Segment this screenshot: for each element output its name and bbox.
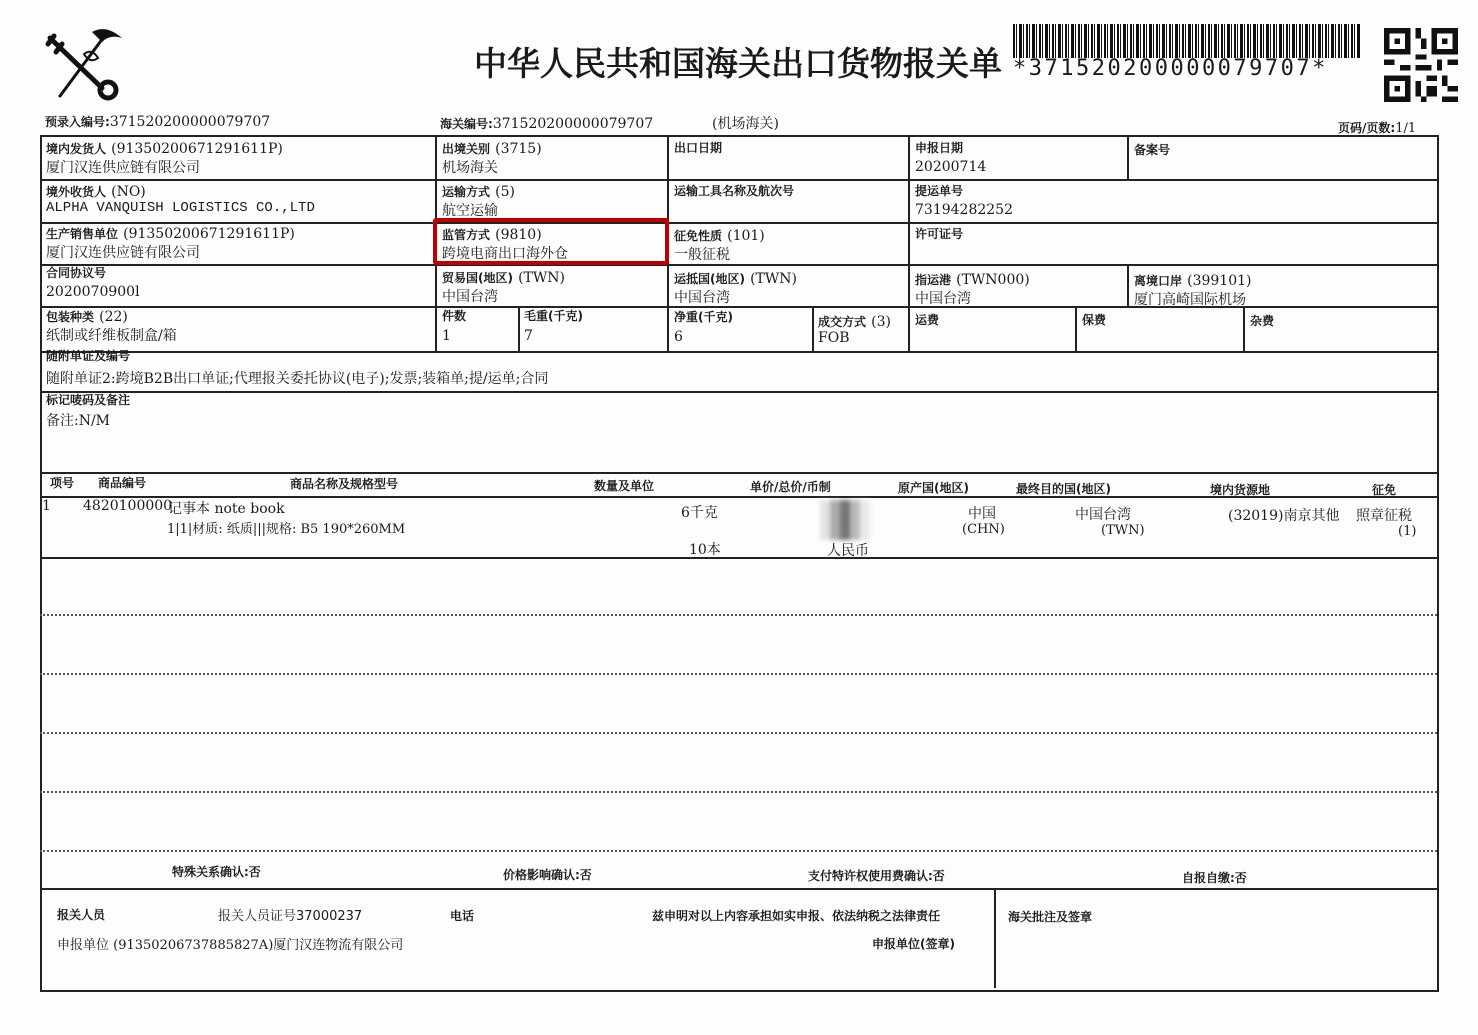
declarant-cert: 报关人员证号37000237 (218, 905, 362, 924)
field-export-date: 出口日期 (674, 139, 722, 156)
field-attached-docs: 随附单证及编号 随附单证2:跨境B2B出口单证;代理报关委托协议(电子);发票;… (46, 347, 548, 388)
customs-emblem-icon (44, 24, 126, 102)
field-insurance: 保费 (1082, 311, 1106, 328)
field-trade-country: 贸易国(地区) (TWN) 中国台湾 (442, 267, 565, 306)
field-freight: 运费 (915, 311, 939, 328)
self-pay-confirm: 自报自缴:否 (1182, 867, 1247, 886)
special-relation-confirm: 特殊关系确认:否 (172, 861, 261, 880)
phone-label: 电话 (450, 907, 474, 924)
field-misc-fee: 杂费 (1250, 312, 1274, 329)
declaring-unit-seal: 申报单位(签章) (872, 935, 955, 952)
field-dest-country: 运抵国(地区) (TWN) 中国台湾 (674, 268, 797, 307)
qr-code-icon (1384, 28, 1458, 102)
page-number: 页码/页数:1/1 (1338, 117, 1416, 136)
barcode-text: *371520200000079707* (1013, 56, 1328, 81)
field-consignee: 境外收货人 (NO) ALPHA VANQUISH LOGISTICS CO.,… (46, 181, 315, 216)
barcode (1013, 24, 1361, 58)
field-record-no: 备案号 (1134, 141, 1170, 158)
field-transport-mode: 运输方式 (5) 航空运输 (442, 181, 515, 220)
field-vessel: 运输工具名称及航次号 (674, 182, 794, 199)
royalty-confirm: 支付特许权使用费确认:否 (808, 865, 945, 884)
customs-seal: 海关批注及签章 (1008, 908, 1092, 925)
field-pieces: 件数 1 (442, 307, 466, 344)
declarant-label: 报关人员 (57, 906, 105, 923)
field-marks: 标记唛码及备注 备注:N/M (46, 391, 130, 430)
field-exit-port: 离境口岸 (399101) 厦门高崎国际机场 (1134, 270, 1251, 309)
field-dest-port: 指运港 (TWN000) 中国台湾 (915, 269, 1030, 308)
field-gross-weight: 毛重(千克) 7 (524, 307, 583, 344)
pre-entry-number: 预录入编号:371520200000079707 (45, 111, 270, 130)
field-shipper: 境内发货人 (91350200671291611P) 厦门汉连供应链有限公司 (46, 138, 283, 177)
field-license: 许可证号 (915, 225, 963, 242)
customs-number: 海关编号:371520200000079707 (440, 113, 653, 132)
field-deal-mode: 成交方式 (3) FOB (818, 311, 891, 346)
field-tax-nature: 征免性质 (101) 一般征税 (674, 225, 765, 264)
declaring-unit: 申报单位 (91350206737885827A)厦门汉连物流有限公司 (57, 934, 403, 953)
customs-office: (机场海关) (712, 113, 779, 133)
field-producer: 生产销售单位 (91350200671291611P) 厦门汉连供应链有限公司 (46, 223, 295, 262)
field-net-weight: 净重(千克) 6 (674, 308, 733, 345)
field-bill-no: 提运单号 73194282252 (915, 182, 1013, 218)
field-package: 包装种类 (22) 纸制或纤维板制盒/箱 (46, 306, 177, 345)
redacted-price (820, 500, 870, 540)
legal-statement: 兹申明对以上内容承担如实申报、依法纳税之法律责任 (652, 907, 940, 924)
field-declare-date: 申报日期 20200714 (915, 139, 986, 175)
field-exit-customs: 出境关别 (3715) 机场海关 (442, 138, 542, 177)
field-contract: 合同协议号 2020070900l (46, 264, 140, 300)
price-impact-confirm: 价格影响确认:否 (503, 864, 592, 883)
highlight-box (433, 218, 669, 265)
page-title: 中华人民共和国海关出口货物报关单 (474, 38, 1002, 85)
